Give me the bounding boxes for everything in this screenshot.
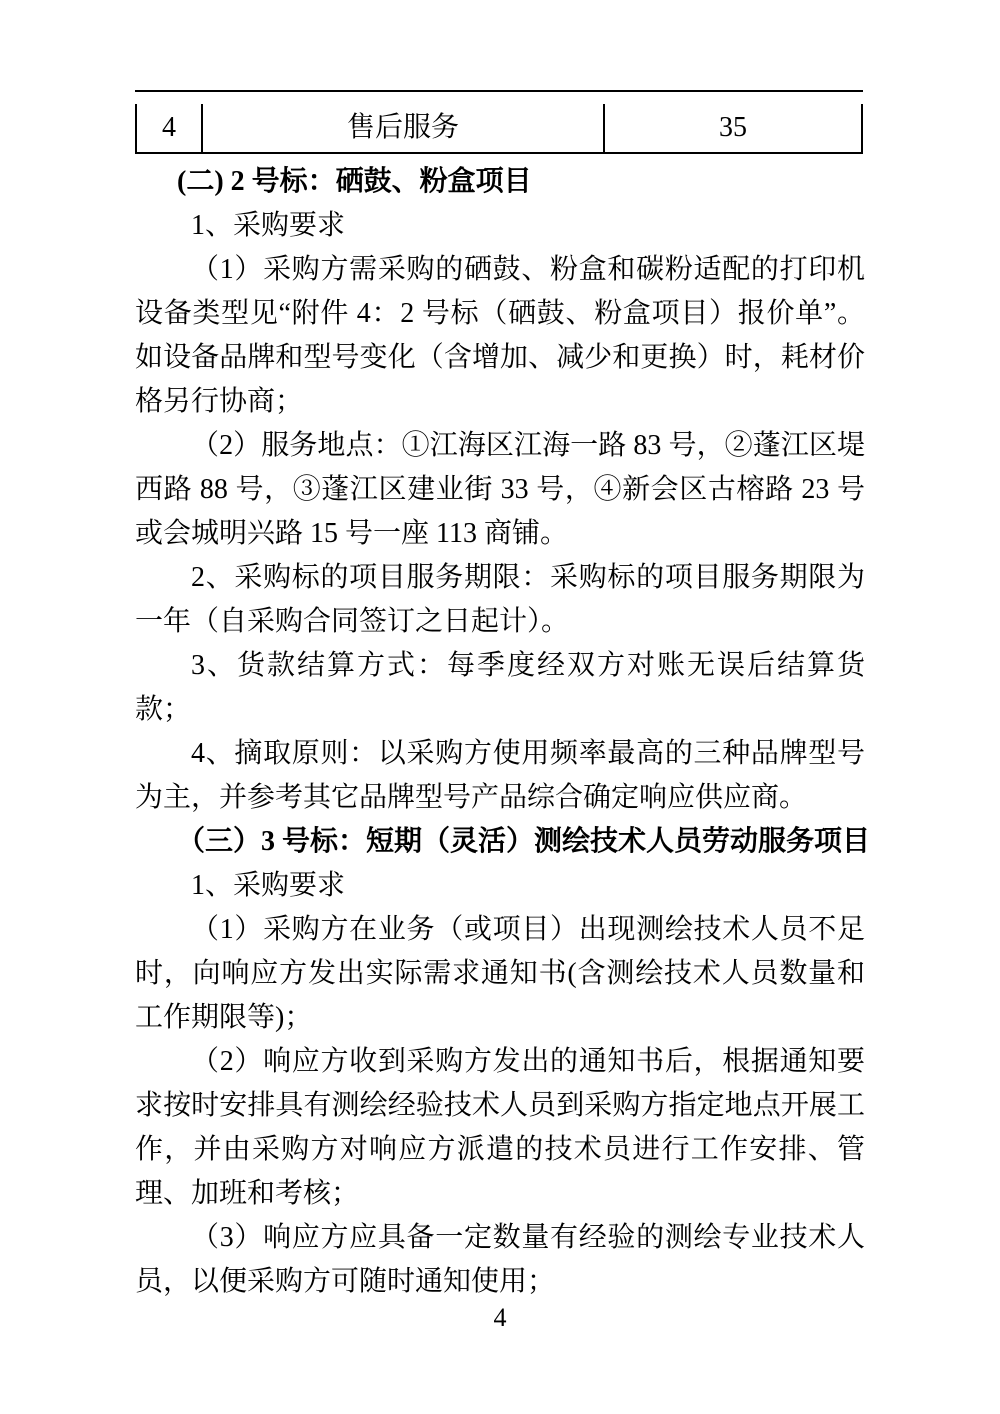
document-page: 4 售后服务 35 (二) 2 号标：硒鼓、粉盒项目 1、采购要求 （1）采购方… xyxy=(0,0,1000,1414)
para-lot2-payment: 3、货款结算方式：每季度经双方对账无误后结算货款； xyxy=(135,644,865,732)
para-lot3-requirement-1: （1）采购方在业务（或项目）出现测绘技术人员不足时，向响应方发出实际需求通知书(… xyxy=(135,908,865,1040)
table-cell-row-number: 4 xyxy=(135,104,201,152)
page-number: 4 xyxy=(135,1300,865,1336)
para-lot2-selection-principle: 4、摘取原则：以采购方使用频率最高的三种品牌型号为主，并参考其它品牌型号产品综合… xyxy=(135,732,865,820)
table-row: 4 售后服务 35 xyxy=(135,104,863,154)
para-lot2-requirement-1: （1）采购方需采购的硒鼓、粉盒和碳粉适配的打印机设备类型见“附件 4：2 号标（… xyxy=(135,248,865,424)
para-lot2-requirement-2: （2）服务地点：①江海区江海一路 83 号，②蓬江区堤西路 88 号，③蓬江区建… xyxy=(135,424,865,556)
para-lot2-requirements-title: 1、采购要求 xyxy=(135,204,865,248)
evaluation-table-continued: 4 售后服务 35 xyxy=(135,90,863,154)
para-lot3-requirements-title: 1、采购要求 xyxy=(135,864,865,908)
document-body: (二) 2 号标：硒鼓、粉盒项目 1、采购要求 （1）采购方需采购的硒鼓、粉盒和… xyxy=(135,160,865,1304)
para-lot2-service-term: 2、采购标的项目服务期限：采购标的项目服务期限为一年（自采购合同签订之日起计）。 xyxy=(135,556,865,644)
table-cell-score: 35 xyxy=(603,104,863,152)
para-lot3-requirement-2: （2）响应方收到采购方发出的通知书后，根据通知要求按时安排具有测绘经验技术人员到… xyxy=(135,1040,865,1216)
section-heading-lot3: （三）3 号标：短期（灵活）测绘技术人员劳动服务项目 xyxy=(135,820,865,864)
section-heading-lot2: (二) 2 号标：硒鼓、粉盒项目 xyxy=(135,160,865,204)
table-cell-item: 售后服务 xyxy=(201,104,603,152)
table-top-border xyxy=(135,90,863,92)
para-lot3-requirement-3: （3）响应方应具备一定数量有经验的测绘专业技术人员，以便采购方可随时通知使用； xyxy=(135,1216,865,1304)
